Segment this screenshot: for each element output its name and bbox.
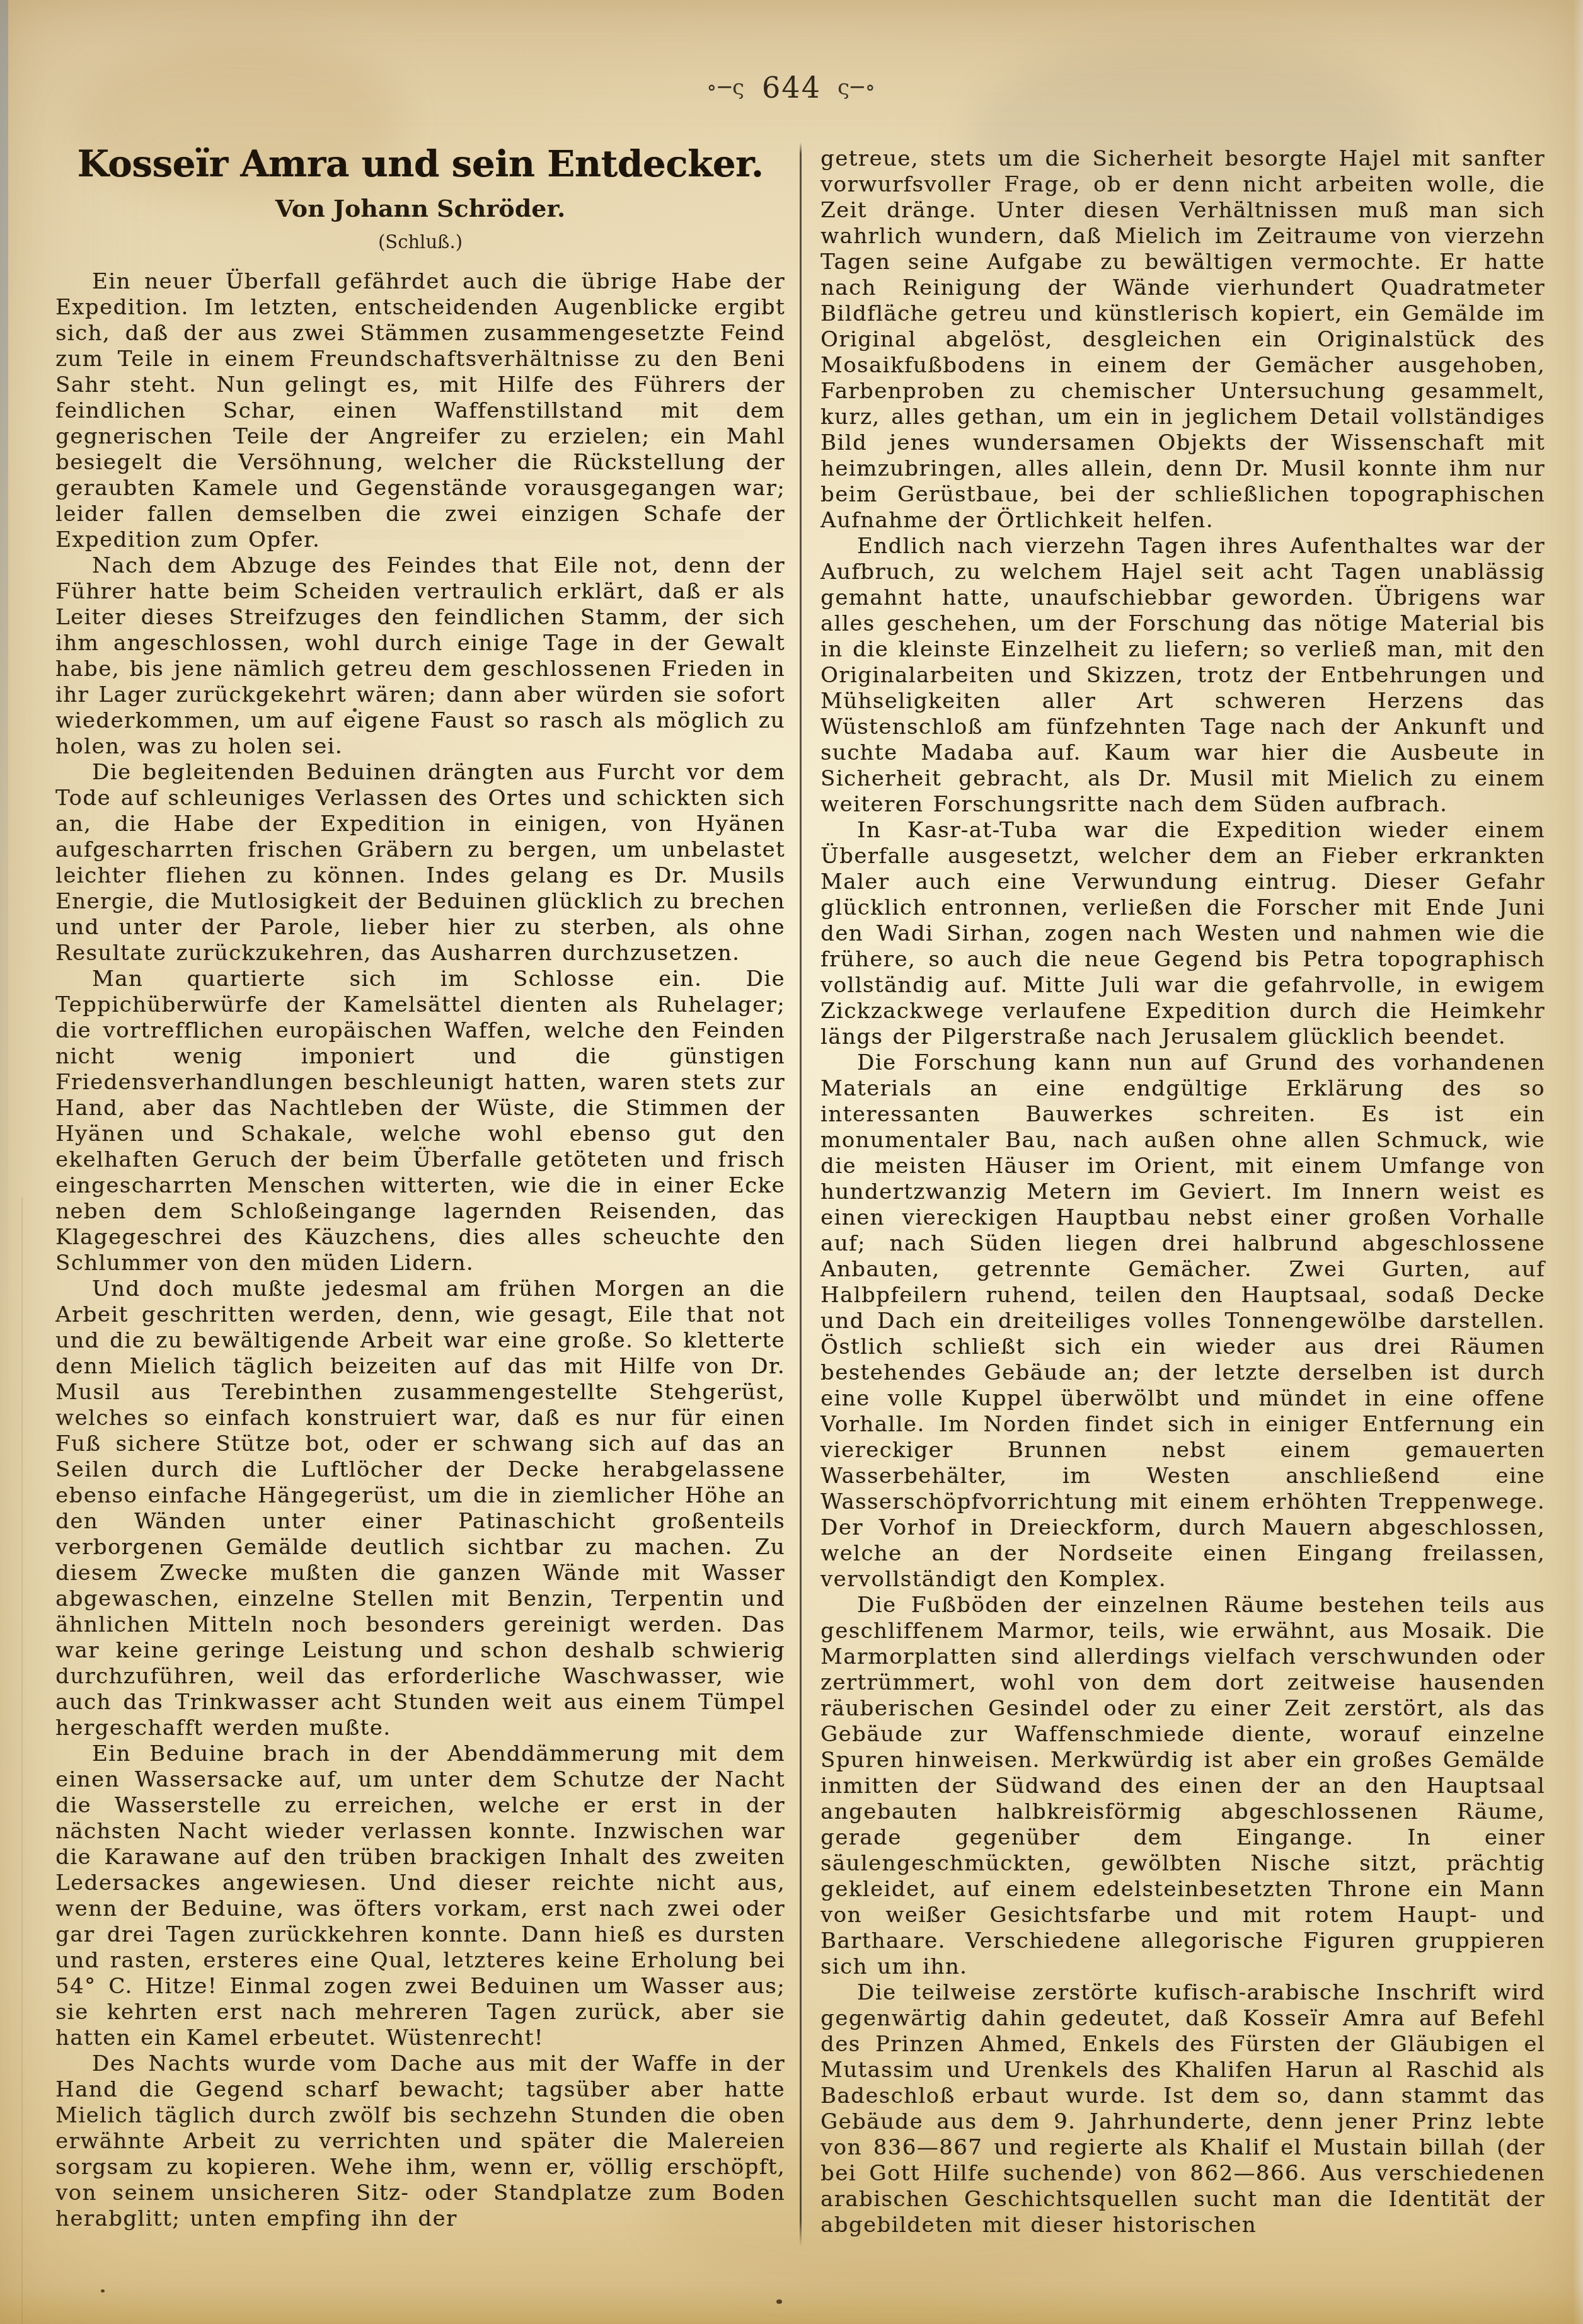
left-column-text: Ein neuer Überfall gefährdet auch die üb… — [55, 269, 785, 2232]
article-paragraph: Nach dem Abzuge des Feindes that Eile no… — [55, 553, 785, 760]
article-subtitle: (Schluß.) — [55, 231, 785, 253]
article-paragraph: Ein Beduine brach in der Abenddämmerung … — [55, 1741, 785, 2051]
header-ornament-right: ς─∘ — [838, 75, 877, 100]
page-edge-bottom — [0, 2286, 1583, 2324]
article-paragraph: Die Forschung kann nun auf Grund des vor… — [820, 1050, 1545, 1593]
column-divider-rule — [800, 142, 802, 2247]
article-paragraph: Endlich nach vierzehn Tagen ihres Aufent… — [820, 534, 1545, 818]
article-paragraph: In Kasr-at-Tuba war die Expedition wiede… — [820, 818, 1545, 1050]
page-edge-right — [1573, 0, 1583, 2324]
article-paragraph: Die teilweise zerstörte kufisch-arabisch… — [820, 1980, 1545, 2238]
article-paragraph: Man quartierte sich im Schlosse ein. Die… — [55, 966, 785, 1276]
page-header: ∘─ς644ς─∘ — [0, 71, 1583, 105]
article-paragraph: Die Fußböden der einzelnen Räume bestehe… — [820, 1593, 1545, 1980]
page-number: 644 — [762, 71, 821, 105]
left-column: Kosseïr Amra und sein Entdecker. Von Joh… — [55, 144, 785, 2232]
ink-speck — [101, 2289, 105, 2293]
scanned-journal-page: ∘─ς644ς─∘ Kosseïr Amra und sein Entdecke… — [0, 0, 1583, 2324]
ink-speck — [776, 2299, 782, 2304]
article-paragraph: Des Nachts wurde vom Dache aus mit der W… — [55, 2051, 785, 2232]
article-paragraph: Und doch mußte jedesmal am frühen Morgen… — [55, 1276, 785, 1741]
article-paragraph: Die begleitenden Beduinen drängten aus F… — [55, 760, 785, 966]
right-column: getreue, stets um die Sicherheit besorgt… — [820, 146, 1545, 2238]
article-title: Kosseïr Amra und sein Entdecker. — [55, 144, 785, 184]
article-paragraph: getreue, stets um die Sicherheit besorgt… — [820, 146, 1545, 534]
header-ornament-left: ∘─ς — [706, 75, 745, 100]
scanner-edge-left — [0, 0, 8, 1449]
paper-crease — [21, 1197, 23, 2324]
article-paragraph: Ein neuer Überfall gefährdet auch die üb… — [55, 269, 785, 553]
article-byline: Von Johann Schröder. — [55, 194, 785, 222]
